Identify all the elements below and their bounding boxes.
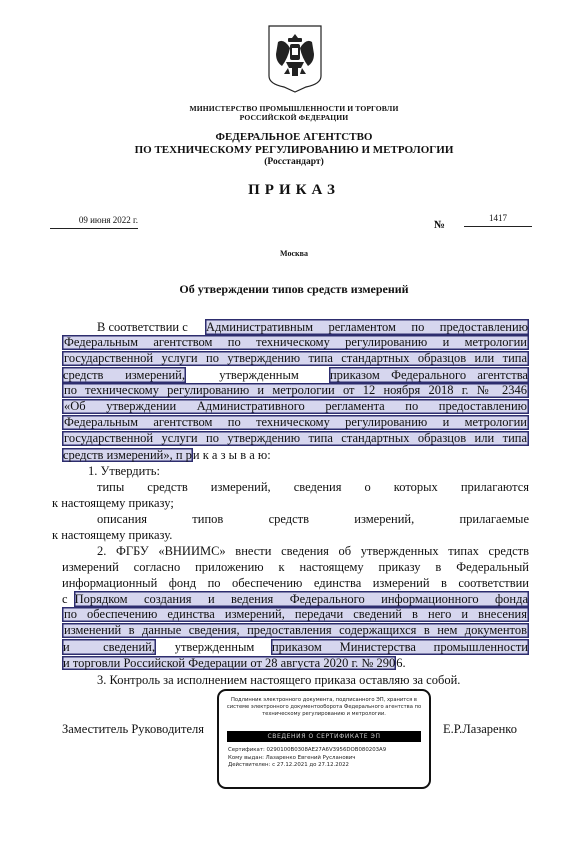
- order-number: 1417: [464, 213, 532, 227]
- text: 2. ФГБУ «ВНИИМС» внести сведения об утве…: [62, 543, 529, 559]
- ministry-line-1: МИНИСТЕРСТВО ПРОМЫШЛЕННОСТИ И ТОРГОВЛИ: [0, 104, 588, 113]
- stamp-notice: Подлинник электронного документа, подпис…: [225, 697, 423, 718]
- signer-name: Е.Р.Лазаренко: [443, 722, 517, 737]
- document-type: ПРИКАЗ: [0, 182, 588, 199]
- order-title: Об утверждении типов средств измерений: [0, 282, 588, 297]
- agency-short-name: (Росстандарт): [0, 156, 588, 169]
- highlighted-link[interactable]: приказом Федерального агентства: [329, 367, 529, 383]
- text: утвержденным: [219, 367, 299, 383]
- order-date: 09 июня 2022 г.: [50, 215, 138, 229]
- paragraph-preamble: В соответствии с Административным реглам…: [62, 319, 529, 463]
- text: с: [62, 591, 68, 607]
- highlighted-link[interactable]: и сведений,: [62, 639, 156, 655]
- agency-line-2: ПО ТЕХНИЧЕСКОМУ РЕГУЛИРОВАНИЮ И МЕТРОЛОГ…: [0, 144, 588, 157]
- highlighted-link[interactable]: государственной услуги по утверждению ти…: [62, 431, 529, 446]
- text: В соответствии с: [97, 319, 201, 335]
- item-3: 3. Контроль за исполнением настоящего пр…: [62, 672, 529, 688]
- highlighted-link[interactable]: Федеральным агентством по техническому р…: [62, 415, 529, 430]
- certificate-validity: Действителен: с 27.12.2021 до 27.12.2022: [228, 762, 386, 770]
- item-1-heading: 1. Утвердить:: [62, 463, 529, 479]
- text: к настоящему приказу;: [52, 495, 529, 511]
- electronic-signature-stamp: Подлинник электронного документа, подпис…: [217, 689, 431, 789]
- text: и к а з ы в а ю:: [193, 448, 271, 462]
- stamp-details: Сертификат: 0290100B0308AE27A6V3956DOB08…: [228, 747, 386, 770]
- ministry-line-2: РОССИЙСКОЙ ФЕДЕРАЦИИ: [0, 113, 588, 122]
- highlighted-link[interactable]: приказом Министерства промышленности: [271, 639, 529, 655]
- agency-line-1: ФЕДЕРАЛЬНОЕ АГЕНТСТВО: [0, 131, 588, 144]
- text: информационный фонд по обеспечению единс…: [62, 575, 529, 591]
- highlighted-link[interactable]: Федеральным агентством по техническому р…: [62, 335, 529, 350]
- city: Москва: [0, 249, 588, 258]
- agency-name: ФЕДЕРАЛЬНОЕ АГЕНТСТВО ПО ТЕХНИЧЕСКОМУ РЕ…: [0, 131, 588, 169]
- highlighted-link[interactable]: по обеспечению единства измерений, перед…: [62, 607, 529, 622]
- item-2: 2. ФГБУ «ВНИИМС» внести сведения об утве…: [62, 543, 529, 671]
- highlighted-link[interactable]: и торговли Российской Федерации от 28 ав…: [62, 656, 396, 670]
- stamp-certificate-header: СВЕДЕНИЯ О СЕРТИФИКАТЕ ЭП: [227, 731, 421, 742]
- highlighted-link[interactable]: средств измерений», п р: [62, 448, 193, 462]
- highlighted-link[interactable]: средств измерений,: [62, 367, 186, 383]
- text: 6.: [396, 656, 405, 670]
- text: утвержденным: [175, 639, 255, 655]
- text: к настоящему приказу.: [52, 527, 529, 543]
- highlighted-link[interactable]: «Об утверждении Административного реглам…: [62, 399, 529, 414]
- text: описания типов средств измерений, прилаг…: [62, 511, 529, 527]
- certificate-holder: Кому выдан: Лазаренко Евгений Русланович: [228, 755, 386, 763]
- signer-role: Заместитель Руководителя: [62, 722, 204, 737]
- ministry-name: МИНИСТЕРСТВО ПРОМЫШЛЕННОСТИ И ТОРГОВЛИ Р…: [0, 104, 588, 122]
- highlighted-link[interactable]: изменений в данные сведения, предоставле…: [62, 623, 529, 638]
- coat-of-arms-icon: [266, 24, 324, 94]
- highlighted-link[interactable]: Порядком создания и ведения Федерального…: [74, 591, 529, 607]
- text: типы средств измерений, сведения о котор…: [62, 479, 529, 495]
- highlighted-link[interactable]: по техническому регулированию и метролог…: [62, 383, 529, 398]
- certificate-id: Сертификат: 0290100B0308AE27A6V3956DOB08…: [228, 747, 386, 755]
- text: 3. Контроль за исполнением настоящего пр…: [62, 672, 529, 688]
- text: измерений согласно приложению к настояще…: [62, 559, 529, 575]
- item-1: 1. Утвердить: типы средств измерений, св…: [62, 463, 529, 543]
- highlighted-link[interactable]: Административным регламентом по предоста…: [205, 319, 529, 335]
- number-label: №: [434, 219, 445, 231]
- highlighted-link[interactable]: государственной услуги по утверждению ти…: [62, 351, 529, 366]
